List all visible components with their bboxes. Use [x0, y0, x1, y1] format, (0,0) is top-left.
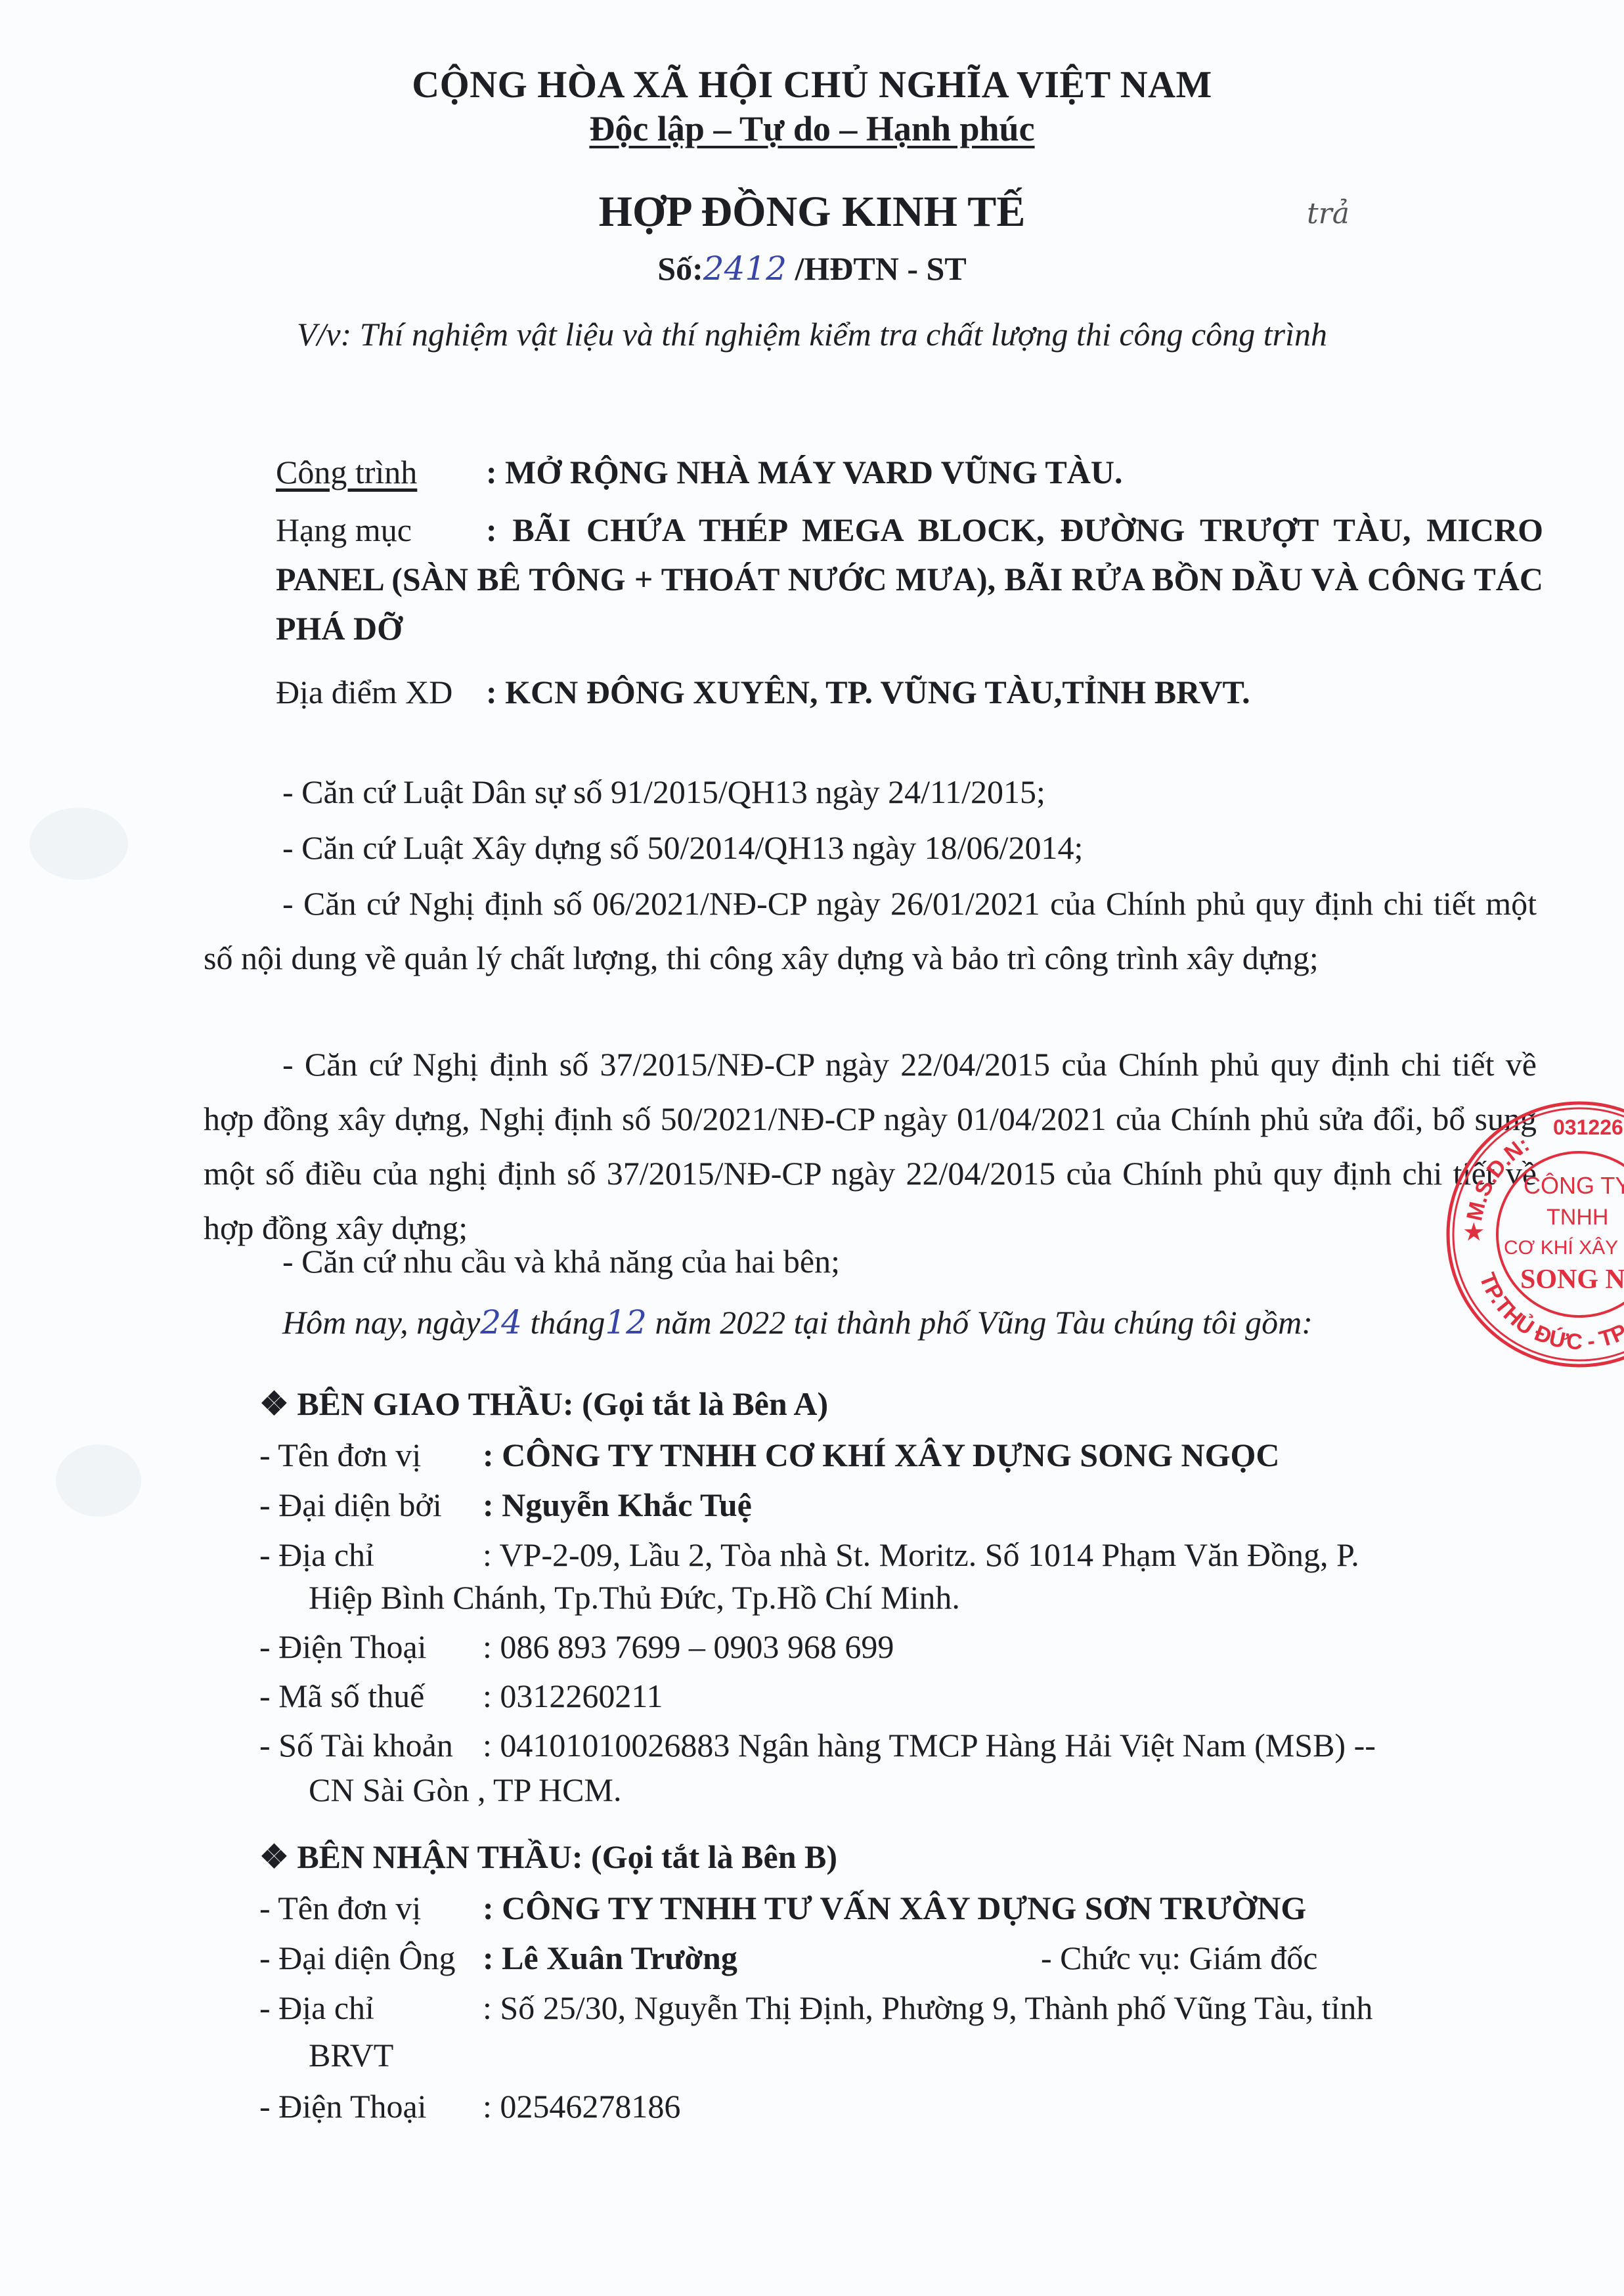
party-b-row: - Địa chỉ: Số 25/30, Nguyễn Thị Định, Ph…: [259, 1983, 1540, 2033]
svg-text:TNHH: TNHH: [1547, 1205, 1608, 1230]
party-b-row-continued: BRVT: [259, 2030, 1589, 2080]
cong-trinh-value: : MỞ RỘNG NHÀ MÁY VARD VŨNG TÀU.: [486, 454, 1122, 490]
party-b-heading: ❖ BÊN NHẬN THẦU: (Gọi tắt là Bên B): [259, 1832, 1540, 1882]
party-a-row: - Số Tài khoản: 04101010026883 Ngân hàng…: [259, 1720, 1540, 1770]
svg-text:CƠ KHÍ XÂY DỰNG: CƠ KHÍ XÂY DỰNG: [1504, 1237, 1624, 1259]
handwritten-day: 24: [480, 1303, 522, 1341]
contract-number-prefix: Số:: [657, 250, 703, 287]
project-cong-trinh: Công trình: MỞ RỘNG NHÀ MÁY VARD VŨNG TÀ…: [276, 453, 1543, 491]
national-title: CỘNG HÒA XÃ HỘI CHỦ NGHĨA VIỆT NAM: [0, 62, 1624, 106]
project-dia-diem: Địa điểm XD: KCN ĐÔNG XUYÊN, TP. VŨNG TÀ…: [276, 673, 1543, 711]
party-b-row: - Điện Thoại: 02546278186: [259, 2081, 1540, 2131]
project-hang-muc: Hạng mục: BÃI CHỨA THÉP MEGA BLOCK, ĐƯỜN…: [276, 506, 1543, 653]
contract-number-suffix: /HĐTN - ST: [787, 250, 967, 287]
contract-number: Số:2412 /HĐTN - ST: [0, 249, 1624, 288]
svg-text:SONG NGỌC: SONG NGỌC: [1520, 1265, 1624, 1295]
party-b-row: - Đại diện Ông: Lê Xuân Trường- Chức vụ:…: [259, 1933, 1540, 1983]
party-b-row: - Tên đơn vị: CÔNG TY TNHH TƯ VẤN XÂY DỰ…: [259, 1883, 1540, 1933]
position-title: - Chức vụ: Giám đốc: [1041, 1933, 1317, 1983]
party-a-row-continued: Hiệp Bình Chánh, Tp.Thủ Đức, Tp.Hồ Chí M…: [259, 1572, 1589, 1622]
seal-icon: M.S.D.N: 0312260211 ★ TP.THỦ ĐỨC - TP CÔ…: [1441, 1096, 1624, 1372]
party-a-row: - Điện Thoại: 086 893 7699 – 0903 968 69…: [259, 1622, 1540, 1672]
company-seal-stamp: M.S.D.N: 0312260211 ★ TP.THỦ ĐỨC - TP CÔ…: [1441, 1096, 1624, 1372]
party-a-row: - Mã số thuế: 0312260211: [259, 1671, 1540, 1721]
legal-basis-4: - Căn cứ Nghị định số 37/2015/NĐ-CP ngày…: [204, 1037, 1537, 1255]
dia-diem-value: : KCN ĐÔNG XUYÊN, TP. VŨNG TÀU,TỈNH BRVT…: [486, 674, 1250, 710]
contract-subject: V/v: Thí nghiệm vật liệu và thí nghiệm k…: [0, 315, 1624, 353]
party-a-row-continued: CN Sài Gòn , TP HCM.: [259, 1765, 1589, 1815]
svg-text:★: ★: [1464, 1220, 1483, 1245]
handwritten-note: trả: [1307, 197, 1350, 230]
party-a-row: - Đại diện bởi: Nguyễn Khắc Tuệ: [259, 1480, 1540, 1530]
svg-text:0312260211: 0312260211: [1553, 1116, 1624, 1139]
legal-basis-5: - Căn cứ nhu cầu và khả năng của hai bên…: [204, 1234, 1537, 1289]
hang-muc-label: Hạng mục: [276, 506, 486, 555]
party-a-row: - Tên đơn vị: CÔNG TY TNHH CƠ KHÍ XÂY DỰ…: [259, 1430, 1540, 1480]
svg-text:CÔNG TY: CÔNG TY: [1524, 1172, 1624, 1199]
legal-basis-1: - Căn cứ Luật Dân sự số 91/2015/QH13 ngà…: [204, 765, 1537, 819]
contract-number-handwritten: 2412: [703, 249, 787, 288]
cong-trinh-label: Công trình: [276, 453, 486, 491]
legal-basis-3: - Căn cứ Nghị định số 06/2021/NĐ-CP ngày…: [204, 877, 1537, 986]
dia-diem-label: Địa điểm XD: [276, 673, 486, 711]
document-title: HỢP ĐỒNG KINH TẾ: [0, 187, 1624, 237]
paper-tear-artifact: [56, 1444, 141, 1517]
paper-tear-artifact: [30, 808, 128, 880]
date-line: Hôm nay, ngày24 tháng12 năm 2022 tại thà…: [282, 1303, 1313, 1341]
legal-basis-2: - Căn cứ Luật Xây dựng số 50/2014/QH13 n…: [204, 821, 1537, 875]
party-a-heading: ❖ BÊN GIAO THẦU: (Gọi tắt là Bên A): [259, 1379, 1540, 1429]
national-motto: Độc lập – Tự do – Hạnh phúc: [0, 108, 1624, 149]
handwritten-month: 12: [605, 1303, 647, 1341]
